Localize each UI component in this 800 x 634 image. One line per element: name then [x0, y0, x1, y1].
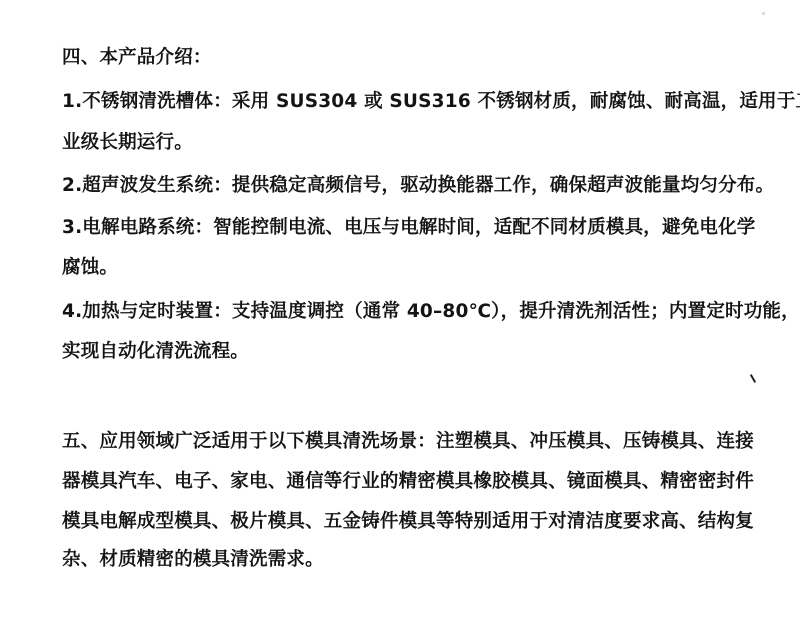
stray-mark — [750, 374, 756, 383]
item-2-line-1: 2.超声波发生系统：提供稳定高频信号，驱动换能器工作，确保超声波能量均匀分布。 — [62, 174, 774, 198]
section-5-line-4: 杂、材质精密的模具清洗需求。 — [62, 548, 324, 572]
item-4-line-2: 实现自动化清洗流程。 — [62, 340, 249, 364]
item-1-line-2: 业级长期运行。 — [62, 131, 193, 155]
item-3-line-1: 3.电解电路系统：智能控制电流、电压与电解时间，适配不同材质模具，避免电化学 — [62, 216, 756, 240]
section-5-line-1: 五、应用领域广泛适用于以下模具清洗场景：注塑模具、冲压模具、压铸模具、连接 — [62, 430, 754, 454]
item-3-line-2: 腐蚀。 — [62, 256, 118, 280]
section-5-line-2: 器模具汽车、电子、家电、通信等行业的精密模具橡胶模具、镜面模具、精密密封件 — [62, 470, 754, 494]
section-5-line-3: 模具电解成型模具、极片模具、五金铸件模具等特别适用于对清洁度要求高、结构复 — [62, 510, 754, 534]
item-4-line-1: 4.加热与定时装置：支持温度调控（通常 40–80℃），提升清洗剂活性；内置定时… — [62, 300, 800, 324]
corner-artifact — [762, 12, 765, 15]
section-4-heading: 四、本产品介绍： — [62, 46, 212, 70]
item-1-line-1: 1.不锈钢清洗槽体：采用 SUS304 或 SUS316 不锈钢材质，耐腐蚀、耐… — [62, 90, 800, 114]
